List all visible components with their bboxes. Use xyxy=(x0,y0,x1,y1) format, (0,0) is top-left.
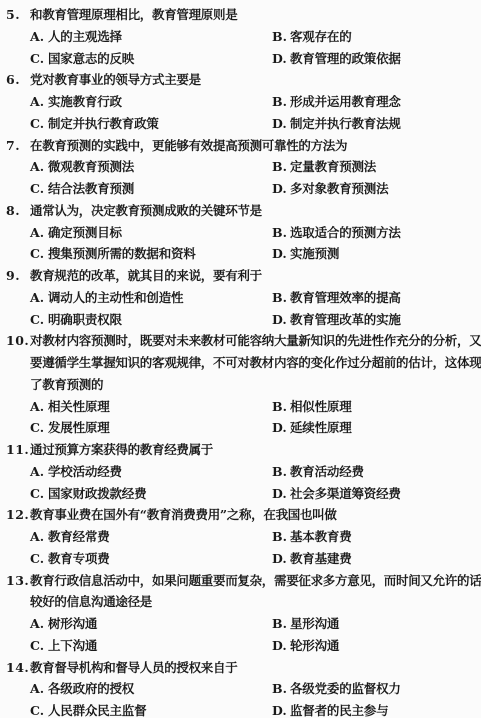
option-b: B.基本教育费 xyxy=(272,526,481,548)
question-options: A.树形沟通B.星形沟通C.上下沟通D.轮形沟通 xyxy=(0,613,481,657)
question-stem-lines: 通常认为，决定教育预测成败的关键环节是 xyxy=(30,200,481,222)
option-row: A.微观教育预测法B.定量教育预测法 xyxy=(0,156,481,178)
option-row: A.教育经常费B.基本教育费 xyxy=(0,526,481,548)
option-label: A. xyxy=(30,156,48,178)
option-text: 教育经常费 xyxy=(48,529,110,544)
option-text: 明确职责权限 xyxy=(48,312,122,327)
option-row: C.教育专项费D.教育基建费 xyxy=(0,548,481,570)
option-label: B. xyxy=(272,26,290,48)
question-options: A.调动人的主动性和创造性B.教育管理效率的提高C.明确职责权限D.教育管理改革… xyxy=(0,287,481,331)
option-label: B. xyxy=(272,678,290,700)
option-label: C. xyxy=(30,700,48,718)
question: 5. 和教育管理原理相比，教育管理原则是 A.人的主观选择B.客观存在的C.国家… xyxy=(0,4,481,69)
option-d: D.教育基建费 xyxy=(272,548,481,570)
question-stem-line: 通常认为，决定教育预测成败的关键环节是 xyxy=(30,200,481,222)
option-row: C.国家财政拨款经费D.社会多渠道筹资经费 xyxy=(0,483,481,505)
option-text: 上下沟通 xyxy=(48,638,97,653)
option-text: 教育管理效率的提高 xyxy=(290,290,401,305)
question-number: 9. xyxy=(6,265,20,287)
option-a: A.相关性原理 xyxy=(0,396,272,418)
question: 13. 教育行政信息活动中，如果问题重要而复杂，需要征求多方意见，而时间又允许的… xyxy=(0,570,481,657)
question-stem: 13. 教育行政信息活动中，如果问题重要而复杂，需要征求多方意见，而时间又允许的… xyxy=(0,570,481,614)
option-label: D. xyxy=(272,309,290,331)
option-b: B.客观存在的 xyxy=(272,26,481,48)
option-label: B. xyxy=(272,526,290,548)
question-stem-lines: 和教育管理原理相比，教育管理原则是 xyxy=(30,4,481,26)
option-row: C.国家意志的反映D.教育管理的政策依据 xyxy=(0,48,481,70)
option-text: 相关性原理 xyxy=(48,399,110,414)
option-c: C.国家财政拨款经费 xyxy=(0,483,272,505)
option-text: 定量教育预测法 xyxy=(290,159,376,174)
option-label: A. xyxy=(30,396,48,418)
question: 11. 通过预算方案获得的教育经费属于 A.学校活动经费B.教育活动经费C.国家… xyxy=(0,439,481,504)
option-text: 教育基建费 xyxy=(290,551,352,566)
option-row: C.搜集预测所需的数据和资料D.实施预测 xyxy=(0,243,481,265)
question-options: A.相关性原理B.相似性原理C.发展性原理D.延续性原理 xyxy=(0,396,481,440)
option-a: A.调动人的主动性和创造性 xyxy=(0,287,272,309)
option-row: A.各级政府的授权B.各级党委的监督权力 xyxy=(0,678,481,700)
option-row: C.结合法教育预测D.多对象教育预测法 xyxy=(0,178,481,200)
question-number: 8. xyxy=(6,200,20,222)
option-row: C.人民群众民主监督D.监督者的民主参与 xyxy=(0,700,481,718)
option-label: B. xyxy=(272,287,290,309)
option-row: C.制定并执行教育政策D.制定并执行教育法规 xyxy=(0,113,481,135)
question-stem: 8. 通常认为，决定教育预测成败的关键环节是 xyxy=(0,200,481,222)
option-text: 搜集预测所需的数据和资料 xyxy=(48,246,196,261)
question-stem-lines: 对教材内容预测时，既要对未来教材可能容纳大量新知识的先进性作充分的分析，又要遵循… xyxy=(30,330,481,395)
option-text: 实施预测 xyxy=(290,246,339,261)
question-stem-lines: 党对教育事业的领导方式主要是 xyxy=(30,69,481,91)
option-label: B. xyxy=(272,156,290,178)
option-text: 制定并执行教育政策 xyxy=(48,116,159,131)
option-text: 教育管理改革的实施 xyxy=(290,312,401,327)
question-stem: 12. 教育事业费在国外有“教育消费费用”之称，在我国也叫做 xyxy=(0,504,481,526)
exam-page: { "exam": { "colors": { "background": "#… xyxy=(0,0,481,718)
option-text: 社会多渠道筹资经费 xyxy=(290,486,401,501)
option-b: B.教育活动经费 xyxy=(272,461,481,483)
option-label: D. xyxy=(272,178,290,200)
question-number: 10. xyxy=(6,330,29,352)
option-text: 树形沟通 xyxy=(48,616,97,631)
option-row: A.确定预测目标B.选取适合的预测方法 xyxy=(0,222,481,244)
option-text: 选取适合的预测方法 xyxy=(290,225,401,240)
option-label: C. xyxy=(30,48,48,70)
option-label: C. xyxy=(30,417,48,439)
question-stem-line: 教育事业费在国外有“教育消费费用”之称，在我国也叫做 xyxy=(30,504,481,526)
question-number: 11. xyxy=(6,439,29,461)
option-label: D. xyxy=(272,700,290,718)
option-row: C.明确职责权限D.教育管理改革的实施 xyxy=(0,309,481,331)
question-stem-line: 教育督导机构和督导人员的授权来自于 xyxy=(30,657,481,679)
option-b: B.相似性原理 xyxy=(272,396,481,418)
question-options: A.确定预测目标B.选取适合的预测方法C.搜集预测所需的数据和资料D.实施预测 xyxy=(0,222,481,266)
option-c: C.搜集预测所需的数据和资料 xyxy=(0,243,272,265)
option-a: A.微观教育预测法 xyxy=(0,156,272,178)
question-stem-lines: 教育行政信息活动中，如果问题重要而复杂，需要征求多方意见，而时间又允许的话，较好… xyxy=(30,570,481,614)
option-label: A. xyxy=(30,222,48,244)
question-number: 7. xyxy=(6,135,20,157)
option-row: A.相关性原理B.相似性原理 xyxy=(0,396,481,418)
option-row: A.树形沟通B.星形沟通 xyxy=(0,613,481,635)
option-text: 学校活动经费 xyxy=(48,464,122,479)
question-options: A.实施教育行政B.形成并运用教育理念C.制定并执行教育政策D.制定并执行教育法… xyxy=(0,91,481,135)
option-row: A.人的主观选择B.客观存在的 xyxy=(0,26,481,48)
option-d: D.教育管理改革的实施 xyxy=(272,309,481,331)
option-label: A. xyxy=(30,678,48,700)
question-stem: 10. 对教材内容预测时，既要对未来教材可能容纳大量新知识的先进性作充分的分析，… xyxy=(0,330,481,395)
option-a: A.树形沟通 xyxy=(0,613,272,635)
option-d: D.延续性原理 xyxy=(272,417,481,439)
option-text: 星形沟通 xyxy=(290,616,339,631)
option-text: 客观存在的 xyxy=(290,29,352,44)
question-options: A.人的主观选择B.客观存在的C.国家意志的反映D.教育管理的政策依据 xyxy=(0,26,481,70)
question-number: 13. xyxy=(6,570,29,592)
question-stem: 6. 党对教育事业的领导方式主要是 xyxy=(0,69,481,91)
option-b: B.各级党委的监督权力 xyxy=(272,678,481,700)
option-label: C. xyxy=(30,243,48,265)
option-d: D.制定并执行教育法规 xyxy=(272,113,481,135)
option-d: D.社会多渠道筹资经费 xyxy=(272,483,481,505)
option-text: 调动人的主动性和创造性 xyxy=(48,290,183,305)
option-text: 人民群众民主监督 xyxy=(48,703,146,718)
option-text: 各级党委的监督权力 xyxy=(290,681,401,696)
question-options: A.学校活动经费B.教育活动经费C.国家财政拨款经费D.社会多渠道筹资经费 xyxy=(0,461,481,505)
option-label: D. xyxy=(272,417,290,439)
option-text: 相似性原理 xyxy=(290,399,352,414)
option-text: 国家财政拨款经费 xyxy=(48,486,146,501)
option-label: A. xyxy=(30,526,48,548)
option-label: D. xyxy=(272,635,290,657)
question-stem-lines: 教育规范的改革，就其目的来说，要有利于 xyxy=(30,265,481,287)
question: 8. 通常认为，决定教育预测成败的关键环节是 A.确定预测目标B.选取适合的预测… xyxy=(0,200,481,265)
question-stem-line: 对教材内容预测时，既要对未来教材可能容纳大量新知识的先进性作充分的分析，又 xyxy=(30,330,481,352)
option-c: C.人民群众民主监督 xyxy=(0,700,272,718)
question-stem: 7. 在教育预测的实践中，更能够有效提高预测可靠性的方法为 xyxy=(0,135,481,157)
question-stem: 9. 教育规范的改革，就其目的来说，要有利于 xyxy=(0,265,481,287)
option-row: C.发展性原理D.延续性原理 xyxy=(0,417,481,439)
option-label: B. xyxy=(272,396,290,418)
option-label: C. xyxy=(30,635,48,657)
question-number: 12. xyxy=(6,504,29,526)
question-list: 5. 和教育管理原理相比，教育管理原则是 A.人的主观选择B.客观存在的C.国家… xyxy=(0,0,481,718)
option-d: D.轮形沟通 xyxy=(272,635,481,657)
question-stem: 5. 和教育管理原理相比，教育管理原则是 xyxy=(0,4,481,26)
option-text: 基本教育费 xyxy=(290,529,352,544)
option-label: A. xyxy=(30,91,48,113)
option-b: B.选取适合的预测方法 xyxy=(272,222,481,244)
question-number: 14. xyxy=(6,657,29,679)
option-c: C.国家意志的反映 xyxy=(0,48,272,70)
option-c: C.明确职责权限 xyxy=(0,309,272,331)
question-stem-lines: 教育督导机构和督导人员的授权来自于 xyxy=(30,657,481,679)
option-label: D. xyxy=(272,113,290,135)
option-row: A.调动人的主动性和创造性B.教育管理效率的提高 xyxy=(0,287,481,309)
option-text: 多对象教育预测法 xyxy=(290,181,388,196)
option-b: B.形成并运用教育理念 xyxy=(272,91,481,113)
question-number: 5. xyxy=(6,4,20,26)
question-stem-lines: 通过预算方案获得的教育经费属于 xyxy=(30,439,481,461)
option-text: 教育专项费 xyxy=(48,551,110,566)
option-label: D. xyxy=(272,483,290,505)
option-text: 结合法教育预测 xyxy=(48,181,134,196)
option-row: C.上下沟通D.轮形沟通 xyxy=(0,635,481,657)
option-text: 形成并运用教育理念 xyxy=(290,94,401,109)
question-stem-line: 教育规范的改革，就其目的来说，要有利于 xyxy=(30,265,481,287)
question-options: A.教育经常费B.基本教育费C.教育专项费D.教育基建费 xyxy=(0,526,481,570)
option-text: 发展性原理 xyxy=(48,420,110,435)
option-d: D.教育管理的政策依据 xyxy=(272,48,481,70)
question-stem-line: 了教育预测的 xyxy=(30,374,481,396)
option-row: A.学校活动经费B.教育活动经费 xyxy=(0,461,481,483)
option-d: D.监督者的民主参与 xyxy=(272,700,481,718)
option-a: A.实施教育行政 xyxy=(0,91,272,113)
option-c: C.结合法教育预测 xyxy=(0,178,272,200)
option-text: 微观教育预测法 xyxy=(48,159,134,174)
option-a: A.确定预测目标 xyxy=(0,222,272,244)
option-row: A.实施教育行政B.形成并运用教育理念 xyxy=(0,91,481,113)
option-label: A. xyxy=(30,26,48,48)
option-label: A. xyxy=(30,461,48,483)
question: 12. 教育事业费在国外有“教育消费费用”之称，在我国也叫做 A.教育经常费B.… xyxy=(0,504,481,569)
option-b: B.教育管理效率的提高 xyxy=(272,287,481,309)
option-label: B. xyxy=(272,91,290,113)
option-a: A.人的主观选择 xyxy=(0,26,272,48)
option-label: D. xyxy=(272,548,290,570)
option-text: 轮形沟通 xyxy=(290,638,339,653)
option-label: C. xyxy=(30,548,48,570)
question-stem-line: 较好的信息沟通途径是 xyxy=(30,591,481,613)
question-options: A.各级政府的授权B.各级党委的监督权力C.人民群众民主监督D.监督者的民主参与 xyxy=(0,678,481,718)
option-c: C.教育专项费 xyxy=(0,548,272,570)
option-label: C. xyxy=(30,483,48,505)
question-options: A.微观教育预测法B.定量教育预测法C.结合法教育预测D.多对象教育预测法 xyxy=(0,156,481,200)
option-c: C.上下沟通 xyxy=(0,635,272,657)
question-stem-line: 要遵循学生掌握知识的客观规律，不可对教材内容的变化作过分超前的估计，这体现 xyxy=(30,352,481,374)
option-text: 监督者的民主参与 xyxy=(290,703,388,718)
option-d: D.实施预测 xyxy=(272,243,481,265)
question-stem: 11. 通过预算方案获得的教育经费属于 xyxy=(0,439,481,461)
question-stem-line: 在教育预测的实践中，更能够有效提高预测可靠性的方法为 xyxy=(30,135,481,157)
option-text: 延续性原理 xyxy=(290,420,352,435)
question-stem-line: 党对教育事业的领导方式主要是 xyxy=(30,69,481,91)
option-a: A.学校活动经费 xyxy=(0,461,272,483)
option-label: C. xyxy=(30,309,48,331)
question-stem-line: 教育行政信息活动中，如果问题重要而复杂，需要征求多方意见，而时间又允许的话， xyxy=(30,570,481,592)
option-label: B. xyxy=(272,613,290,635)
option-text: 教育管理的政策依据 xyxy=(290,51,401,66)
option-a: A.各级政府的授权 xyxy=(0,678,272,700)
option-label: B. xyxy=(272,461,290,483)
question-stem-lines: 在教育预测的实践中，更能够有效提高预测可靠性的方法为 xyxy=(30,135,481,157)
option-text: 确定预测目标 xyxy=(48,225,122,240)
option-label: A. xyxy=(30,287,48,309)
question-stem-line: 通过预算方案获得的教育经费属于 xyxy=(30,439,481,461)
option-text: 国家意志的反映 xyxy=(48,51,134,66)
option-label: B. xyxy=(272,222,290,244)
option-d: D.多对象教育预测法 xyxy=(272,178,481,200)
option-text: 制定并执行教育法规 xyxy=(290,116,401,131)
option-label: A. xyxy=(30,613,48,635)
question-number: 6. xyxy=(6,69,20,91)
option-c: C.发展性原理 xyxy=(0,417,272,439)
option-label: C. xyxy=(30,178,48,200)
question-stem-line: 和教育管理原理相比，教育管理原则是 xyxy=(30,4,481,26)
option-text: 实施教育行政 xyxy=(48,94,122,109)
option-a: A.教育经常费 xyxy=(0,526,272,548)
option-text: 人的主观选择 xyxy=(48,29,122,44)
option-c: C.制定并执行教育政策 xyxy=(0,113,272,135)
option-label: D. xyxy=(272,243,290,265)
question-stem: 14. 教育督导机构和督导人员的授权来自于 xyxy=(0,657,481,679)
option-label: C. xyxy=(30,113,48,135)
question: 10. 对教材内容预测时，既要对未来教材可能容纳大量新知识的先进性作充分的分析，… xyxy=(0,330,481,439)
question: 14. 教育督导机构和督导人员的授权来自于 A.各级政府的授权B.各级党委的监督… xyxy=(0,657,481,718)
option-text: 各级政府的授权 xyxy=(48,681,134,696)
question: 9. 教育规范的改革，就其目的来说，要有利于 A.调动人的主动性和创造性B.教育… xyxy=(0,265,481,330)
question: 6. 党对教育事业的领导方式主要是 A.实施教育行政B.形成并运用教育理念C.制… xyxy=(0,69,481,134)
question: 7. 在教育预测的实践中，更能够有效提高预测可靠性的方法为 A.微观教育预测法B… xyxy=(0,135,481,200)
option-text: 教育活动经费 xyxy=(290,464,364,479)
option-b: B.定量教育预测法 xyxy=(272,156,481,178)
question-stem-lines: 教育事业费在国外有“教育消费费用”之称，在我国也叫做 xyxy=(30,504,481,526)
option-b: B.星形沟通 xyxy=(272,613,481,635)
option-label: D. xyxy=(272,48,290,70)
